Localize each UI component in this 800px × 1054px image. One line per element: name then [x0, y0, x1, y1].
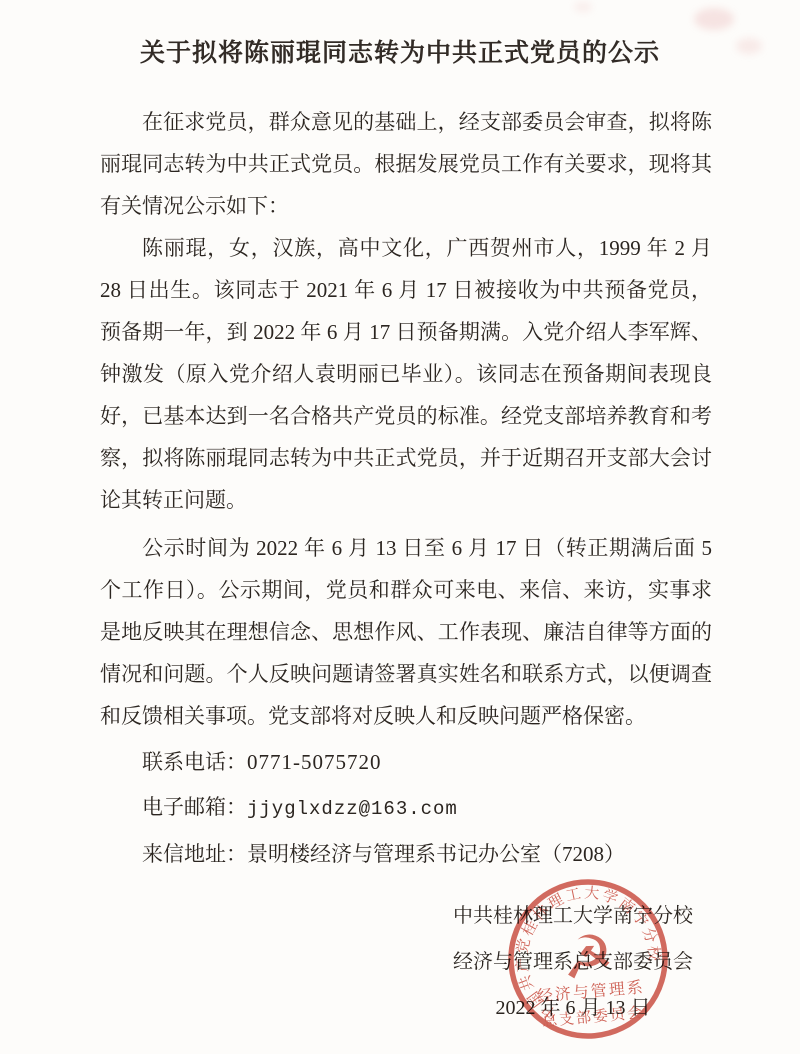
- document-body: 在征求党员，群众意见的基础上，经支部委员会审查，拟将陈丽琨同志转为中共正式党员。…: [100, 101, 712, 877]
- signature-block: 中共桂林理工大学南宁分校 经济与管理系总支部委员会 2022 年 6 月 13 …: [440, 893, 706, 1031]
- phone-value: 0771-5075720: [247, 750, 382, 774]
- contact-address: 来信地址：景明楼经济与管理系书记办公室（7208）: [142, 832, 712, 877]
- paragraph-notice-period: 公示时间为 2022 年 6 月 13 日至 6 月 17 日（转正期满后面 5…: [100, 527, 712, 737]
- email-label: 电子邮箱：: [142, 795, 247, 819]
- document-page: 关于拟将陈丽琨同志转为中共正式党员的公示 在征求党员，群众意见的基础上，经支部委…: [0, 0, 800, 1054]
- contact-block: 联系电话：0771-5075720 电子邮箱：jjyglxdzz@163.com…: [100, 740, 712, 877]
- address-label: 来信地址：: [142, 842, 247, 866]
- scan-smudge: [574, 2, 592, 12]
- signature-org-line2: 经济与管理系总支部委员会: [440, 939, 706, 985]
- signature-org-line1: 中共桂林理工大学南宁分校: [440, 893, 706, 939]
- contact-phone: 联系电话：0771-5075720: [142, 740, 712, 785]
- phone-label: 联系电话：: [142, 750, 247, 774]
- address-value: 景明楼经济与管理系书记办公室（7208）: [247, 842, 625, 866]
- paragraph-member-info: 陈丽琨，女，汉族，高中文化，广西贺州市人，1999 年 2 月 28 日出生。该…: [100, 227, 712, 521]
- signature-date: 2022 年 6 月 13 日: [440, 985, 706, 1031]
- paragraph-intro: 在征求党员，群众意见的基础上，经支部委员会审查，拟将陈丽琨同志转为中共正式党员。…: [100, 101, 712, 227]
- page-title: 关于拟将陈丽琨同志转为中共正式党员的公示: [0, 33, 800, 69]
- contact-email: 电子邮箱：jjyglxdzz@163.com: [142, 785, 712, 832]
- email-value: jjyglxdzz@163.com: [247, 798, 458, 820]
- scan-smudge: [694, 8, 734, 30]
